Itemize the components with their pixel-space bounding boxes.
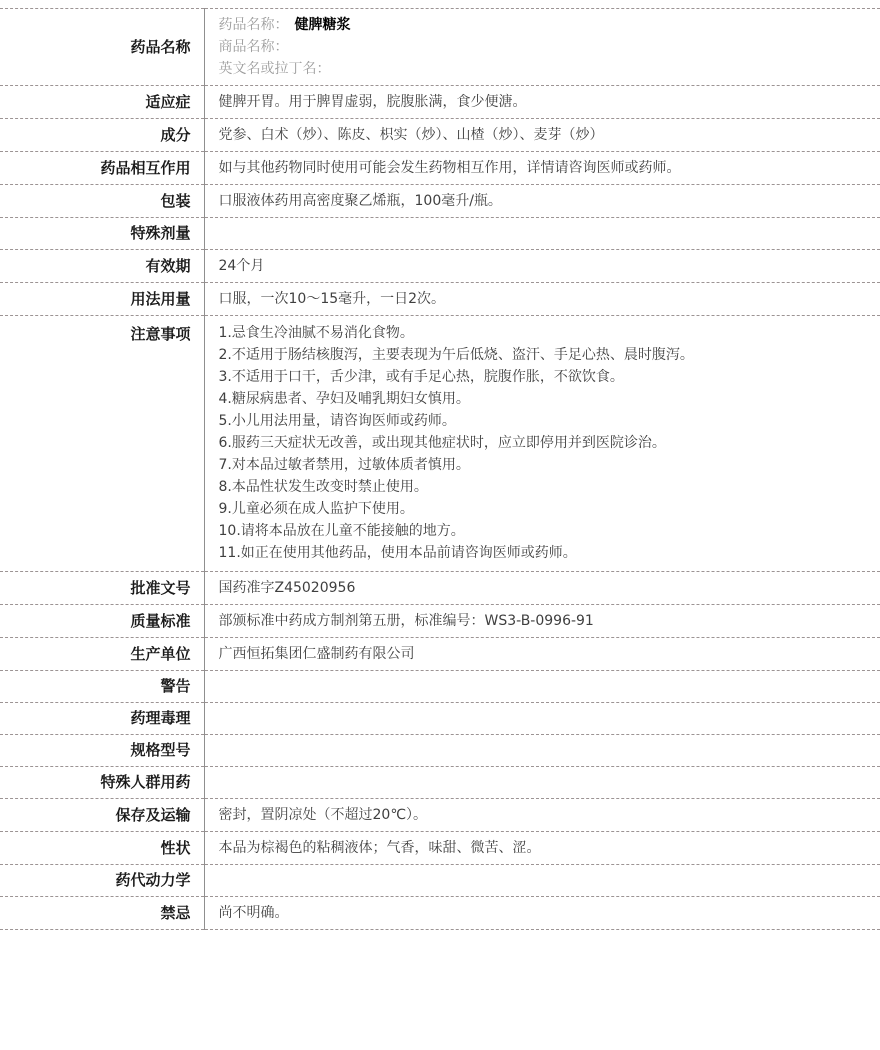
table-row: 批准文号国药准字Z45020956 bbox=[0, 572, 880, 605]
table-row: 有效期24个月 bbox=[0, 250, 880, 283]
table-row: 成分党参、白术（炒）、陈皮、枳实（炒）、山楂（炒）、麦芽（炒） bbox=[0, 119, 880, 152]
note-line: 1.忌食生冷油腻不易消化食物。 bbox=[219, 322, 869, 344]
table-row: 药品相互作用如与其他药物同时使用可能会发生药物相互作用，详情请咨询医师或药师。 bbox=[0, 152, 880, 185]
field-label: 有效期 bbox=[0, 250, 204, 283]
name-line: 药品名称：健脾糖浆 bbox=[219, 14, 869, 36]
drug-name-value: 健脾糖浆 bbox=[295, 17, 351, 33]
field-label: 批准文号 bbox=[0, 572, 204, 605]
field-value bbox=[204, 671, 880, 703]
field-value: 口服，一次10～15毫升，一日2次。 bbox=[204, 283, 880, 316]
field-label: 适应症 bbox=[0, 86, 204, 119]
field-label: 禁忌 bbox=[0, 897, 204, 930]
field-label: 性状 bbox=[0, 832, 204, 865]
note-line: 2.不适用于肠结核腹泻，主要表现为午后低烧、盗汗、手足心热、晨时腹泻。 bbox=[219, 344, 869, 366]
field-label: 特殊人群用药 bbox=[0, 767, 204, 799]
field-value: 党参、白术（炒）、陈皮、枳实（炒）、山楂（炒）、麦芽（炒） bbox=[204, 119, 880, 152]
field-label: 质量标准 bbox=[0, 605, 204, 638]
note-line: 10.请将本品放在儿童不能接触的地方。 bbox=[219, 520, 869, 542]
note-line: 11.如正在使用其他药品，使用本品前请咨询医师或药师。 bbox=[219, 542, 869, 564]
table-row: 药理毒理 bbox=[0, 703, 880, 735]
field-value bbox=[204, 703, 880, 735]
name-line-key: 商品名称： bbox=[219, 39, 289, 55]
field-label: 注意事项 bbox=[0, 316, 204, 572]
field-label: 药理毒理 bbox=[0, 703, 204, 735]
field-value: 部颁标准中药成方制剂第五册，标准编号：WS3-B-0996-91 bbox=[204, 605, 880, 638]
note-line: 7.对本品过敏者禁用，过敏体质者慎用。 bbox=[219, 454, 869, 476]
field-value: 1.忌食生冷油腻不易消化食物。2.不适用于肠结核腹泻，主要表现为午后低烧、盗汗、… bbox=[204, 316, 880, 572]
note-line: 6.服药三天症状无改善，或出现其他症状时，应立即停用并到医院诊治。 bbox=[219, 432, 869, 454]
table-row: 药代动力学 bbox=[0, 865, 880, 897]
table-row: 特殊人群用药 bbox=[0, 767, 880, 799]
name-line: 商品名称： bbox=[219, 36, 869, 58]
name-line-key: 英文名或拉丁名： bbox=[219, 61, 331, 77]
table-row: 质量标准部颁标准中药成方制剂第五册，标准编号：WS3-B-0996-91 bbox=[0, 605, 880, 638]
table-row: 注意事项1.忌食生冷油腻不易消化食物。2.不适用于肠结核腹泻，主要表现为午后低烧… bbox=[0, 316, 880, 572]
note-line: 9.儿童必须在成人监护下使用。 bbox=[219, 498, 869, 520]
note-line: 8.本品性状发生改变时禁止使用。 bbox=[219, 476, 869, 498]
table-row: 包装口服液体药用高密度聚乙烯瓶，100毫升/瓶。 bbox=[0, 185, 880, 218]
field-value bbox=[204, 865, 880, 897]
field-value bbox=[204, 218, 880, 250]
field-label: 特殊剂量 bbox=[0, 218, 204, 250]
note-line: 4.糖尿病患者、孕妇及哺乳期妇女慎用。 bbox=[219, 388, 869, 410]
table-row: 适应症健脾开胃。用于脾胃虚弱，脘腹胀满，食少便溏。 bbox=[0, 86, 880, 119]
field-label: 成分 bbox=[0, 119, 204, 152]
field-value: 如与其他药物同时使用可能会发生药物相互作用，详情请咨询医师或药师。 bbox=[204, 152, 880, 185]
field-value: 口服液体药用高密度聚乙烯瓶，100毫升/瓶。 bbox=[204, 185, 880, 218]
field-label: 用法用量 bbox=[0, 283, 204, 316]
field-value: 本品为棕褐色的粘稠液体；气香，味甜、微苦、涩。 bbox=[204, 832, 880, 865]
field-label: 药代动力学 bbox=[0, 865, 204, 897]
field-value: 24个月 bbox=[204, 250, 880, 283]
table-row: 规格型号 bbox=[0, 735, 880, 767]
table-row: 特殊剂量 bbox=[0, 218, 880, 250]
field-value: 广西恒拓集团仁盛制药有限公司 bbox=[204, 638, 880, 671]
field-value bbox=[204, 767, 880, 799]
field-label: 药品相互作用 bbox=[0, 152, 204, 185]
field-label: 保存及运输 bbox=[0, 799, 204, 832]
table-row: 性状本品为棕褐色的粘稠液体；气香，味甜、微苦、涩。 bbox=[0, 832, 880, 865]
table-row: 用法用量口服，一次10～15毫升，一日2次。 bbox=[0, 283, 880, 316]
note-line: 5.小儿用法用量，请咨询医师或药师。 bbox=[219, 410, 869, 432]
field-value: 药品名称：健脾糖浆商品名称：英文名或拉丁名： bbox=[204, 9, 880, 86]
field-label: 警告 bbox=[0, 671, 204, 703]
field-label: 规格型号 bbox=[0, 735, 204, 767]
name-line-key: 药品名称： bbox=[219, 17, 289, 33]
field-label: 生产单位 bbox=[0, 638, 204, 671]
table-row: 生产单位广西恒拓集团仁盛制药有限公司 bbox=[0, 638, 880, 671]
field-label: 包装 bbox=[0, 185, 204, 218]
table-row: 保存及运输密封，置阴凉处（不超过20℃）。 bbox=[0, 799, 880, 832]
table-row: 警告 bbox=[0, 671, 880, 703]
name-line: 英文名或拉丁名： bbox=[219, 58, 869, 80]
note-line: 3.不适用于口干，舌少津，或有手足心热，脘腹作胀，不欲饮食。 bbox=[219, 366, 869, 388]
field-value: 健脾开胃。用于脾胃虚弱，脘腹胀满，食少便溏。 bbox=[204, 86, 880, 119]
drug-info-table-body: 药品名称药品名称：健脾糖浆商品名称：英文名或拉丁名：适应症健脾开胃。用于脾胃虚弱… bbox=[0, 9, 880, 930]
field-value: 尚不明确。 bbox=[204, 897, 880, 930]
table-row: 药品名称药品名称：健脾糖浆商品名称：英文名或拉丁名： bbox=[0, 9, 880, 86]
field-value: 密封，置阴凉处（不超过20℃）。 bbox=[204, 799, 880, 832]
table-row: 禁忌尚不明确。 bbox=[0, 897, 880, 930]
field-label: 药品名称 bbox=[0, 9, 204, 86]
field-value bbox=[204, 735, 880, 767]
drug-info-table: 药品名称药品名称：健脾糖浆商品名称：英文名或拉丁名：适应症健脾开胃。用于脾胃虚弱… bbox=[0, 8, 880, 930]
field-value: 国药准字Z45020956 bbox=[204, 572, 880, 605]
